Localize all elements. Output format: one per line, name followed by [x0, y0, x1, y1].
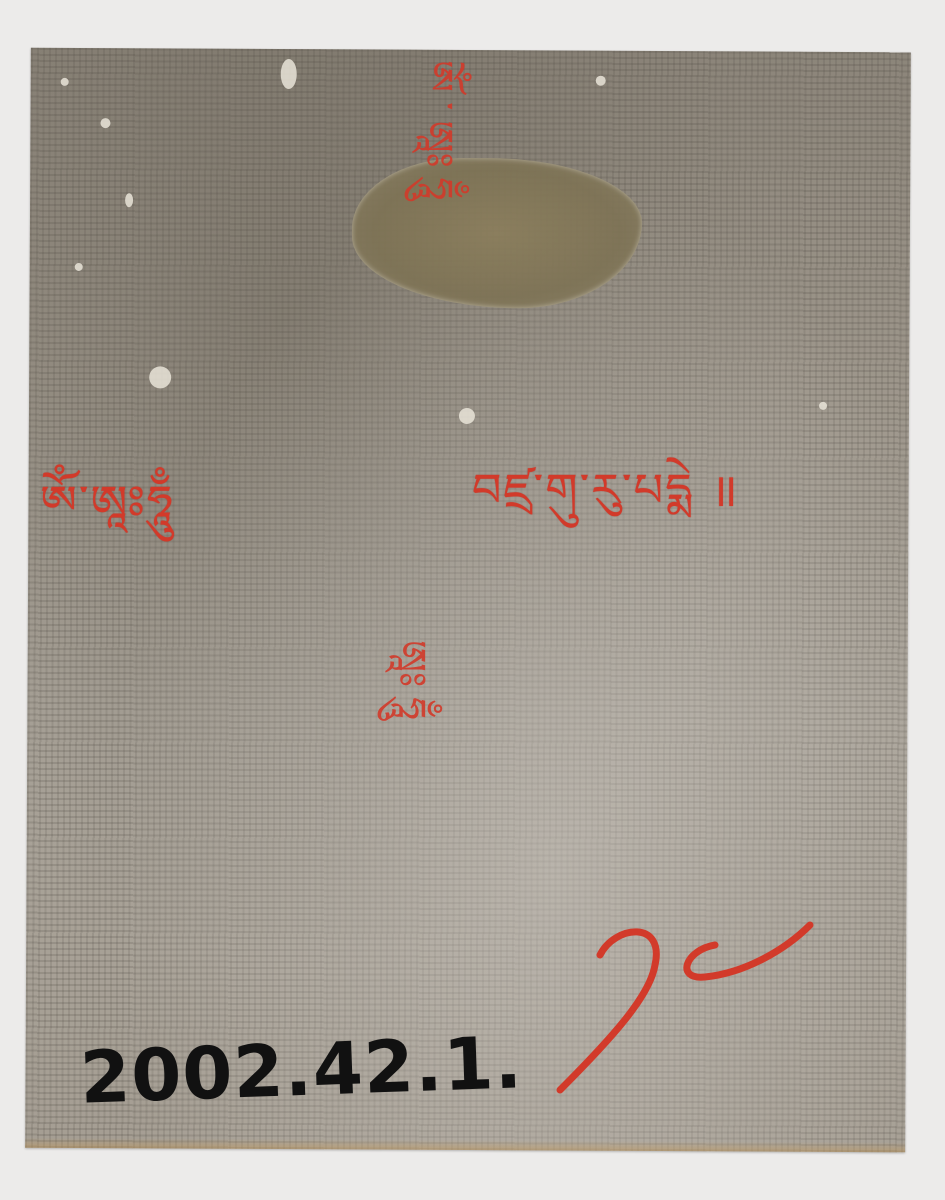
- inscription-left: ཨོཾ་ཨཱཿཧཱུྃ: [40, 452, 175, 581]
- paint-spot: [100, 118, 110, 128]
- paint-spot: [819, 402, 827, 410]
- inscription-vertical-top: ཨོཾ་ཨཱཿཧཱུྃ: [382, 60, 495, 210]
- inscription-right: བཛྲ་གུ་རུ་པདྨེ ॥: [472, 440, 740, 569]
- paint-spot: [125, 193, 133, 207]
- paint-spot: [61, 78, 69, 86]
- inscription-vertical-bottom: ཨཱཿཧཱུྃ: [355, 640, 468, 730]
- paint-spot: [75, 263, 83, 271]
- accession-number: 2002.42.1.: [79, 1020, 524, 1119]
- paint-spot: [149, 366, 171, 388]
- paint-spot: [281, 59, 297, 89]
- paint-spot: [459, 408, 475, 424]
- frayed-edge: [25, 1138, 905, 1153]
- red-signature-mark: [555, 905, 815, 1095]
- paint-spot: [596, 76, 606, 86]
